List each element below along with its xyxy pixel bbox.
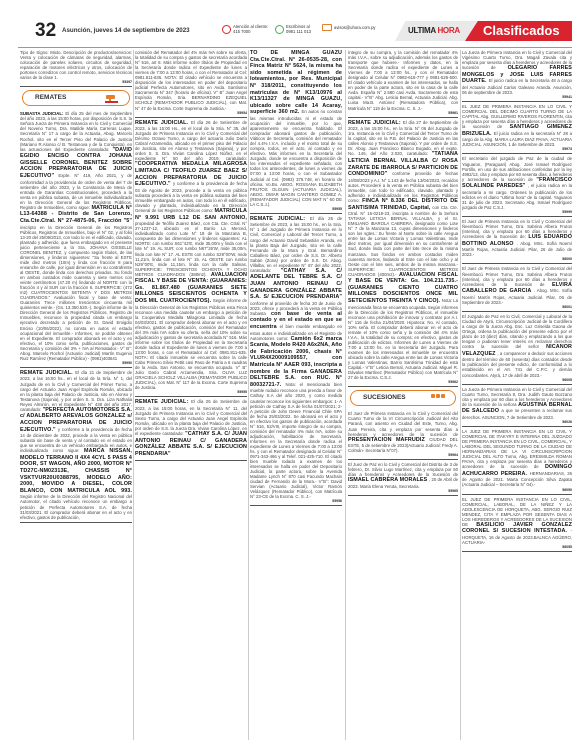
ad-text: El día 26 de Setiembre de 2023, a las 15… xyxy=(135,120,247,162)
column-divider xyxy=(460,50,461,740)
remates-section-header: REMATES xyxy=(22,90,130,106)
ad-code: 55973 xyxy=(462,147,572,151)
classified-ad: El Juez de Primera Instancia en lo Civil… xyxy=(348,411,458,460)
ad-text: inscripto en la Dirección General de los… xyxy=(20,225,132,361)
classified-ad: El Juzgado de Paz en lo Civil, Comercial… xyxy=(462,314,572,385)
classified-ad: REMATE JUDICIAL. El día 21 de Septiembre… xyxy=(20,370,132,523)
email-contact: avisos@uhora.com.py xyxy=(322,24,376,31)
classified-ad: El Juez de Primera Instancia en lo Civil… xyxy=(462,219,572,264)
ad-highlight: BASILICIO JAVIER GONZALEZ CORONEL S/ SUC… xyxy=(462,522,572,535)
gavel-icon xyxy=(105,94,119,103)
ad-code: 55954 xyxy=(135,111,247,115)
ad-code: 55941 xyxy=(462,95,572,99)
whatsapp-icon xyxy=(275,25,284,34)
contact-value: avisos@uhora.com.py xyxy=(334,25,376,30)
ad-code: 56050 xyxy=(462,488,572,492)
classified-ad: REMATE JUDICIAL. El día 26 de Setiembre … xyxy=(135,120,247,398)
ad-text: Nota: La mencionada finca se encuentra o… xyxy=(348,298,458,380)
classified-ad: EL JUEZ DE PRIMERA INSTANCIA EN LO CIVIL… xyxy=(462,497,572,553)
ad-text: El día 26 de Setiembre de 2023, a las 15… xyxy=(250,216,342,273)
classified-ad: El Juez de Primera Instancia en lo Civil… xyxy=(462,266,572,311)
classified-ad: comisión del Rematador del 4% más IVA so… xyxy=(135,50,247,118)
brand-part2: HORA xyxy=(437,26,459,35)
ad-highlight: PRESENTACION MAFRUDIZ xyxy=(348,437,429,443)
column-3: TO DE MINGA GUAZU Cta.Cte.Ctral. N° 26-0… xyxy=(250,50,342,740)
contact-value: 0981 111 013 xyxy=(286,29,311,34)
header-divider xyxy=(18,47,572,48)
ad-text: con Cta. Cte. Ctral. N° 15-0218-23, insc… xyxy=(348,205,458,277)
column-divider xyxy=(345,50,346,740)
ad-text: propiedad de Teófilo Zuarez Báez, con Ct… xyxy=(135,221,247,276)
ad-highlight: MARCA NISSAN, MODELO TERRANO II 4X4 4CYL… xyxy=(20,448,132,494)
ad-code: 56026 xyxy=(462,420,572,424)
customer-service-contact: Atención al cliente: 415 7000 xyxy=(222,24,268,34)
brand-logo: ULTIMA HORA xyxy=(408,26,460,35)
ad-text: Tipo de Signo: Mixto. Descripción de pro… xyxy=(20,50,132,80)
section-label: SUCESIONES xyxy=(363,395,406,400)
ad-text: En autos no constan las mismas introduci… xyxy=(250,109,342,206)
ad-code: 55955 xyxy=(250,207,342,211)
classified-ad: SUBASTA JUDICIAL: El día 25 del mes de S… xyxy=(20,111,132,368)
ad-code: 55956 xyxy=(250,499,342,503)
classified-ad: íntegro de su compra, y la comisión del … xyxy=(348,50,458,118)
ad-code: 55955 xyxy=(135,390,247,394)
ad-lead: REMATE JUDICIAL. xyxy=(20,370,75,376)
classified-ad: El Juez de Paz en lo Civil y Comercial d… xyxy=(348,462,458,496)
column-1: Tipo de Signo: Mixto. Descripción de pro… xyxy=(20,50,132,740)
ad-highlight: Camión 6x2 marca Scania, Modelo R420 A6x… xyxy=(250,336,342,388)
ad-highlight: TO DE MINGA GUAZU Cta.Cte.Ctral. N° 26-0… xyxy=(250,50,342,115)
page-number: 32 xyxy=(35,20,56,42)
ad-code: 55962 xyxy=(348,380,458,384)
sucesiones-section-header: SUCESIONES xyxy=(350,390,456,406)
whatsapp-contact: Escribinos al 0981 111 013 xyxy=(275,24,311,34)
publication-date: Asunción, jueves 14 de septiembre de 202… xyxy=(62,27,190,34)
ad-lead: REMATE JUDICIAL: xyxy=(135,399,191,405)
ad-code: 55961 xyxy=(348,111,458,115)
classified-ad: El secretario del juzgado de Paz de la c… xyxy=(462,156,572,217)
classified-ad: Tipo de Signo: Mixto. Descripción de pro… xyxy=(20,50,132,87)
brand-part1: ULTIMA xyxy=(408,26,437,35)
ad-code: 55965 xyxy=(348,489,458,493)
ad-code: 56055 xyxy=(462,545,572,549)
ad-code: 56001 xyxy=(462,305,572,309)
ad-highlight: ISMAEL CABRERA MORALES xyxy=(348,477,429,483)
ad-text: El Juez de Primera Instancia en lo Civil… xyxy=(348,411,458,436)
ad-code: 56005 xyxy=(462,378,572,382)
classified-ad: LA JUEZ DE PRIMERA INSTANCIA EN LO CIVIL… xyxy=(462,429,572,495)
newspaper-page: 32 Asunción, jueves 14 de septiembre de … xyxy=(0,0,580,756)
classified-ad: La Jueza de Primera Instancia en lo Civi… xyxy=(462,387,572,427)
column-2: comisión del Rematador del 4% más IVA so… xyxy=(135,50,247,740)
ad-code: 55964 xyxy=(348,453,458,457)
ad-text: El día 21 de Septiembre de 2023, a las 1… xyxy=(20,370,132,412)
ad-lead: REMATE JUDICIAL: xyxy=(348,120,403,126)
ad-text: íntegro de su compra, y la comisión del … xyxy=(348,50,458,111)
column-divider xyxy=(248,50,249,740)
section-label: REMATES xyxy=(35,95,66,100)
classified-ad: REMATE JUDICIAL: El día 25 de Setiembre … xyxy=(135,399,247,460)
ad-text: Según informe de la Dirección del Regist… xyxy=(20,494,132,519)
section-title: Clasificados xyxy=(465,21,572,41)
page-header: 32 Asunción, jueves 14 de septiembre de … xyxy=(0,20,580,44)
ad-code: 55397 xyxy=(20,80,132,84)
ad-text: Nota: el mencionado bien mueble rodado r… xyxy=(250,382,342,500)
ad-code: 55950 xyxy=(20,361,132,365)
classified-ad: La Jueza de Primera Instancia en lo Civi… xyxy=(462,50,572,102)
classified-ad: EL JUEZ DE PRIMERA INSTANCIA EN LO CIVIL… xyxy=(462,104,572,154)
classified-ad: REMATE JUDICIAL: El día 27 de Septiembre… xyxy=(348,120,458,388)
ad-code: 55999 xyxy=(462,210,572,214)
ad-text: El día 25 del mes de Septiembre del año … xyxy=(20,111,132,151)
phone-icon xyxy=(222,25,231,34)
column-divider xyxy=(133,50,134,740)
ad-text: LA JUEZ DE PRIMERA INSTANCIA EN LO CIVIL… xyxy=(462,429,572,469)
column-5: La Jueza de Primera Instancia en lo Civi… xyxy=(462,50,572,740)
ad-lead: REMATE JUDICIAL: xyxy=(250,216,310,222)
ad-text: comisión del Rematador del 4% más IVA so… xyxy=(135,50,247,111)
contact-value: 415 7000 xyxy=(233,29,250,34)
column-4: íntegro de su compra, y la comisión del … xyxy=(348,50,458,740)
email-icon xyxy=(322,24,332,31)
ad-code: 56000 xyxy=(462,257,572,261)
ad-text: Según informe de la Dirección General de… xyxy=(135,298,247,390)
ad-text: El Juez de Paz en lo Civil y Comercial d… xyxy=(348,462,458,477)
classified-ad: TO DE MINGA GUAZU Cta.Cte.Ctral. N° 26-0… xyxy=(250,50,342,214)
classified-ad: REMATE JUDICIAL: El día 26 de Setiembre … xyxy=(250,216,342,507)
people-icon xyxy=(431,394,445,403)
ad-lead: REMATE JUDICIAL. xyxy=(135,120,191,126)
